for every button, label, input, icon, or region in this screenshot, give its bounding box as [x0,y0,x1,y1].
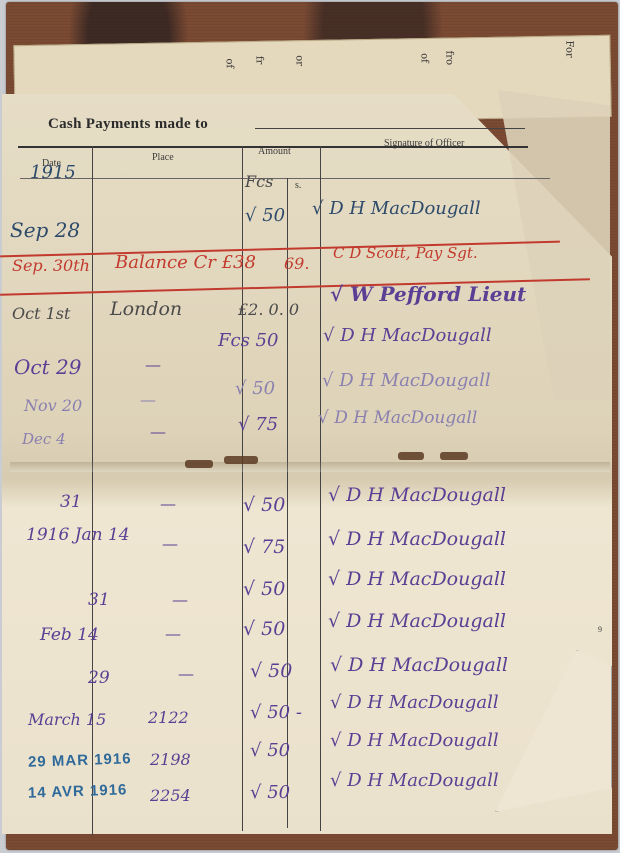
header-bottom-rule [20,178,550,179]
row-amount: √ 50 [250,660,292,682]
row-amount: √ 75 [243,536,285,558]
row-amount: Fcs 50 [218,330,278,351]
row-amount: √ 50 [245,205,285,226]
row-signature: √ D H MacDougall [330,770,499,791]
row-date: Nov 20 [24,396,82,415]
row-place: — [165,624,181,643]
row-signature: √ D H MacDougall [322,370,491,391]
shillings-label: s. [295,180,301,191]
column-header-place: Place [152,152,174,163]
row-signature: √ D H MacDougall [328,568,506,590]
row-date: Sep 28 [10,218,80,242]
title-underline [255,128,525,129]
row-date: March 15 [28,710,106,729]
row-signature: √ D H MacDougall [330,654,508,676]
row-place: — [162,534,178,553]
row-place: 2122 [148,708,189,727]
row-signature: √ D H MacDougall [318,408,477,428]
row-date: Feb 14 [40,625,99,645]
row-amount: √ 50 [243,618,285,640]
row-signature: C D Scott, Pay Sgt. [333,244,478,262]
row-signature: √ D H MacDougall [312,198,481,219]
page-fold [10,462,610,472]
row-amount: √ 50 [250,782,290,803]
row-place: — [160,494,176,513]
column-header-signature: Signature of Officer [384,138,464,149]
francs-label: Fcs [245,172,273,191]
row-place: London [110,298,182,320]
column-divider [92,146,93,836]
row-signature: √ D H MacDougall [330,730,499,751]
row-signature: √ D H MacDougall [328,484,506,506]
row-place: — [150,422,166,441]
back-page-label: fr [254,56,265,65]
row-place: — [172,590,188,609]
row-signature: √ W Pefford Lieut [330,282,526,306]
row-date: 31 [88,590,110,610]
row-amount: £2. 0. 0 [238,300,299,319]
row-date: Dec 4 [22,430,66,448]
staple-rust [185,460,213,468]
staple-rust [224,456,258,464]
row-signature: √ D H MacDougall [328,528,506,550]
row-amount: 69. [284,254,309,273]
row-date: Oct 1st [12,304,70,323]
date-stamp: 14 AVR 1916 [28,781,128,801]
row-signature: √ D H MacDougall [323,325,492,346]
row-place: — [145,355,161,374]
row-amount: √ 50 [235,378,275,399]
back-page-label: of [224,58,235,68]
row-place: — [178,664,194,683]
row-signature: √ D H MacDougall [328,610,506,632]
row-date: Sep. 30th [12,256,90,275]
row-date: 1916 Jan 14 [26,525,130,545]
page-number: 9 [598,625,602,634]
row-amount: √ 75 [238,414,278,435]
row-place: 2254 [150,786,191,805]
row-date: 31 [60,492,82,512]
back-page-label: of [419,53,430,63]
row-amount: √ 50 [250,740,290,761]
row-amount: √ 50 - [250,702,302,723]
back-page-label: or [294,55,305,66]
row-amount: √ 50 [243,578,285,600]
row-date: 29 [88,668,110,688]
date-stamp: 29 MAR 1916 [28,750,132,771]
back-page-label: fro [443,51,454,66]
staple-rust [398,452,424,460]
form-title: Cash Payments made to [48,116,208,133]
row-place: Balance Cr £38 [115,252,256,273]
staple-rust [440,452,468,460]
row-signature: √ D H MacDougall [330,692,499,713]
row-place: — [140,390,156,409]
column-divider [287,178,288,828]
column-header-amount: Amount [258,146,291,157]
back-page-label: For [563,40,574,57]
row-amount: √ 50 [243,494,285,516]
row-place: 2198 [150,750,191,769]
row-date: Oct 29 [14,355,81,379]
year-label: 1915 [30,162,76,183]
